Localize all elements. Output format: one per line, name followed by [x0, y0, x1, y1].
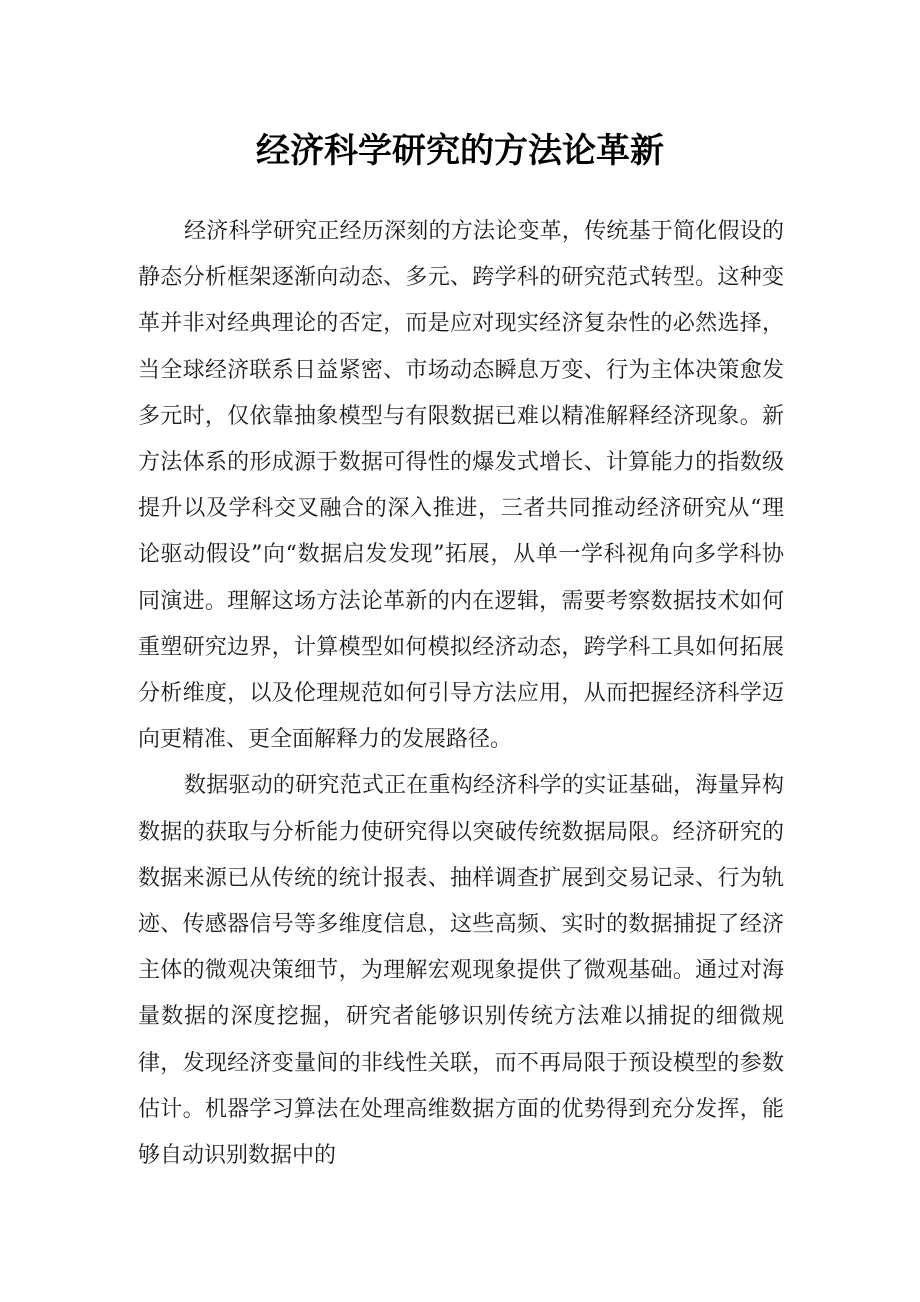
document-page: 经济科学研究的方法论革新 经济科学研究正经历深刻的方法论变革，传统基于简化假设的…	[0, 0, 920, 1302]
document-title: 经济科学研究的方法论革新	[0, 128, 920, 174]
paragraph-1: 经济科学研究正经历深刻的方法论变革，传统基于简化假设的静态分析框架逐渐向动态、多…	[138, 209, 784, 763]
document-body: 经济科学研究正经历深刻的方法论变革，传统基于简化假设的静态分析框架逐渐向动态、多…	[138, 209, 784, 1179]
paragraph-2: 数据驱动的研究范式正在重构经济科学的实证基础，海量异构数据的获取与分析能力使研究…	[138, 763, 784, 1179]
